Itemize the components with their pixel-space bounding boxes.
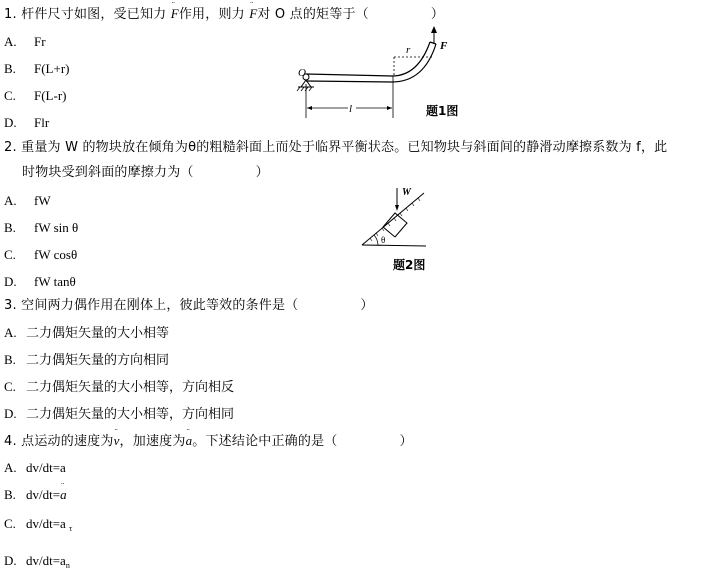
subscript-tau: τ	[69, 524, 72, 533]
figure-2-caption: 题2图	[393, 256, 425, 273]
question-4-option-d: D.dv/dt=an	[4, 553, 70, 573]
question-1-option-a: A.Fr	[4, 34, 46, 50]
question-number: 1.	[4, 7, 17, 22]
question-2-stem-line-1: 2. 重量为 W 的物块放在倾角为θ的粗糙斜面上而处于临界平衡状态。已知物块与斜…	[4, 140, 667, 156]
question-2-option-b: B.fW sin θ	[4, 220, 78, 236]
label-origin: O	[298, 67, 306, 79]
question-1-option-c: C.F(L-r)	[4, 88, 67, 104]
question-4-option-c: C.dv/dt=a τ	[4, 516, 72, 537]
label-length: l	[349, 103, 352, 115]
question-3-option-b: B.二力偶矩矢量的方向相同	[4, 352, 169, 369]
label-angle: θ	[381, 235, 385, 245]
vector-f: F	[171, 6, 179, 21]
question-3-option-c: C.二力偶矩矢量的大小相等，方向相反	[4, 379, 234, 396]
question-4-stem: 4. 点运动的速度为v，加速度为a。下述结论中正确的是（）	[4, 433, 413, 450]
figure-2-inclined-plane: W θ	[358, 186, 438, 256]
label-weight: W	[402, 187, 412, 198]
question-4-option-b: B.dv/dt=a	[4, 487, 67, 503]
vector-a: a	[186, 433, 193, 448]
question-2-option-d: D.fW tanθ	[4, 274, 76, 290]
question-4-option-a: A.dv/dt=a	[4, 460, 66, 476]
question-3-option-d: D.二力偶矩矢量的大小相等，方向相同	[4, 406, 234, 423]
question-1-stem: 1. 杆件尺寸如图，受已知力 F作用，则力 F对 O 点的矩等于（）	[4, 6, 444, 23]
subscript-n: n	[66, 561, 70, 570]
vector-f: F	[249, 6, 257, 21]
question-3-stem: 3. 空间两力偶作用在刚体上，彼此等效的条件是（）	[4, 298, 374, 314]
question-3-option-a: A.二力偶矩矢量的大小相等	[4, 325, 169, 342]
question-number: 4.	[4, 434, 17, 449]
question-number: 3.	[4, 298, 17, 313]
figure-1-caption: 题1图	[426, 102, 458, 119]
vector-a: a	[60, 487, 67, 502]
inclined-plane-diagram: W θ	[358, 186, 438, 256]
question-number: 2.	[4, 140, 17, 155]
question-1-option-d: D.Flr	[4, 115, 49, 131]
question-2-stem-line-2: 时物块受到斜面的摩擦力为（）	[22, 165, 269, 181]
label-radius: r	[406, 44, 411, 56]
question-1-option-b: B.F(L+r)	[4, 61, 70, 77]
label-force: F	[439, 40, 448, 52]
question-2-option-a: A.fW	[4, 193, 51, 209]
vector-v: v	[114, 433, 120, 448]
question-2-option-c: C.fW cosθ	[4, 247, 77, 263]
